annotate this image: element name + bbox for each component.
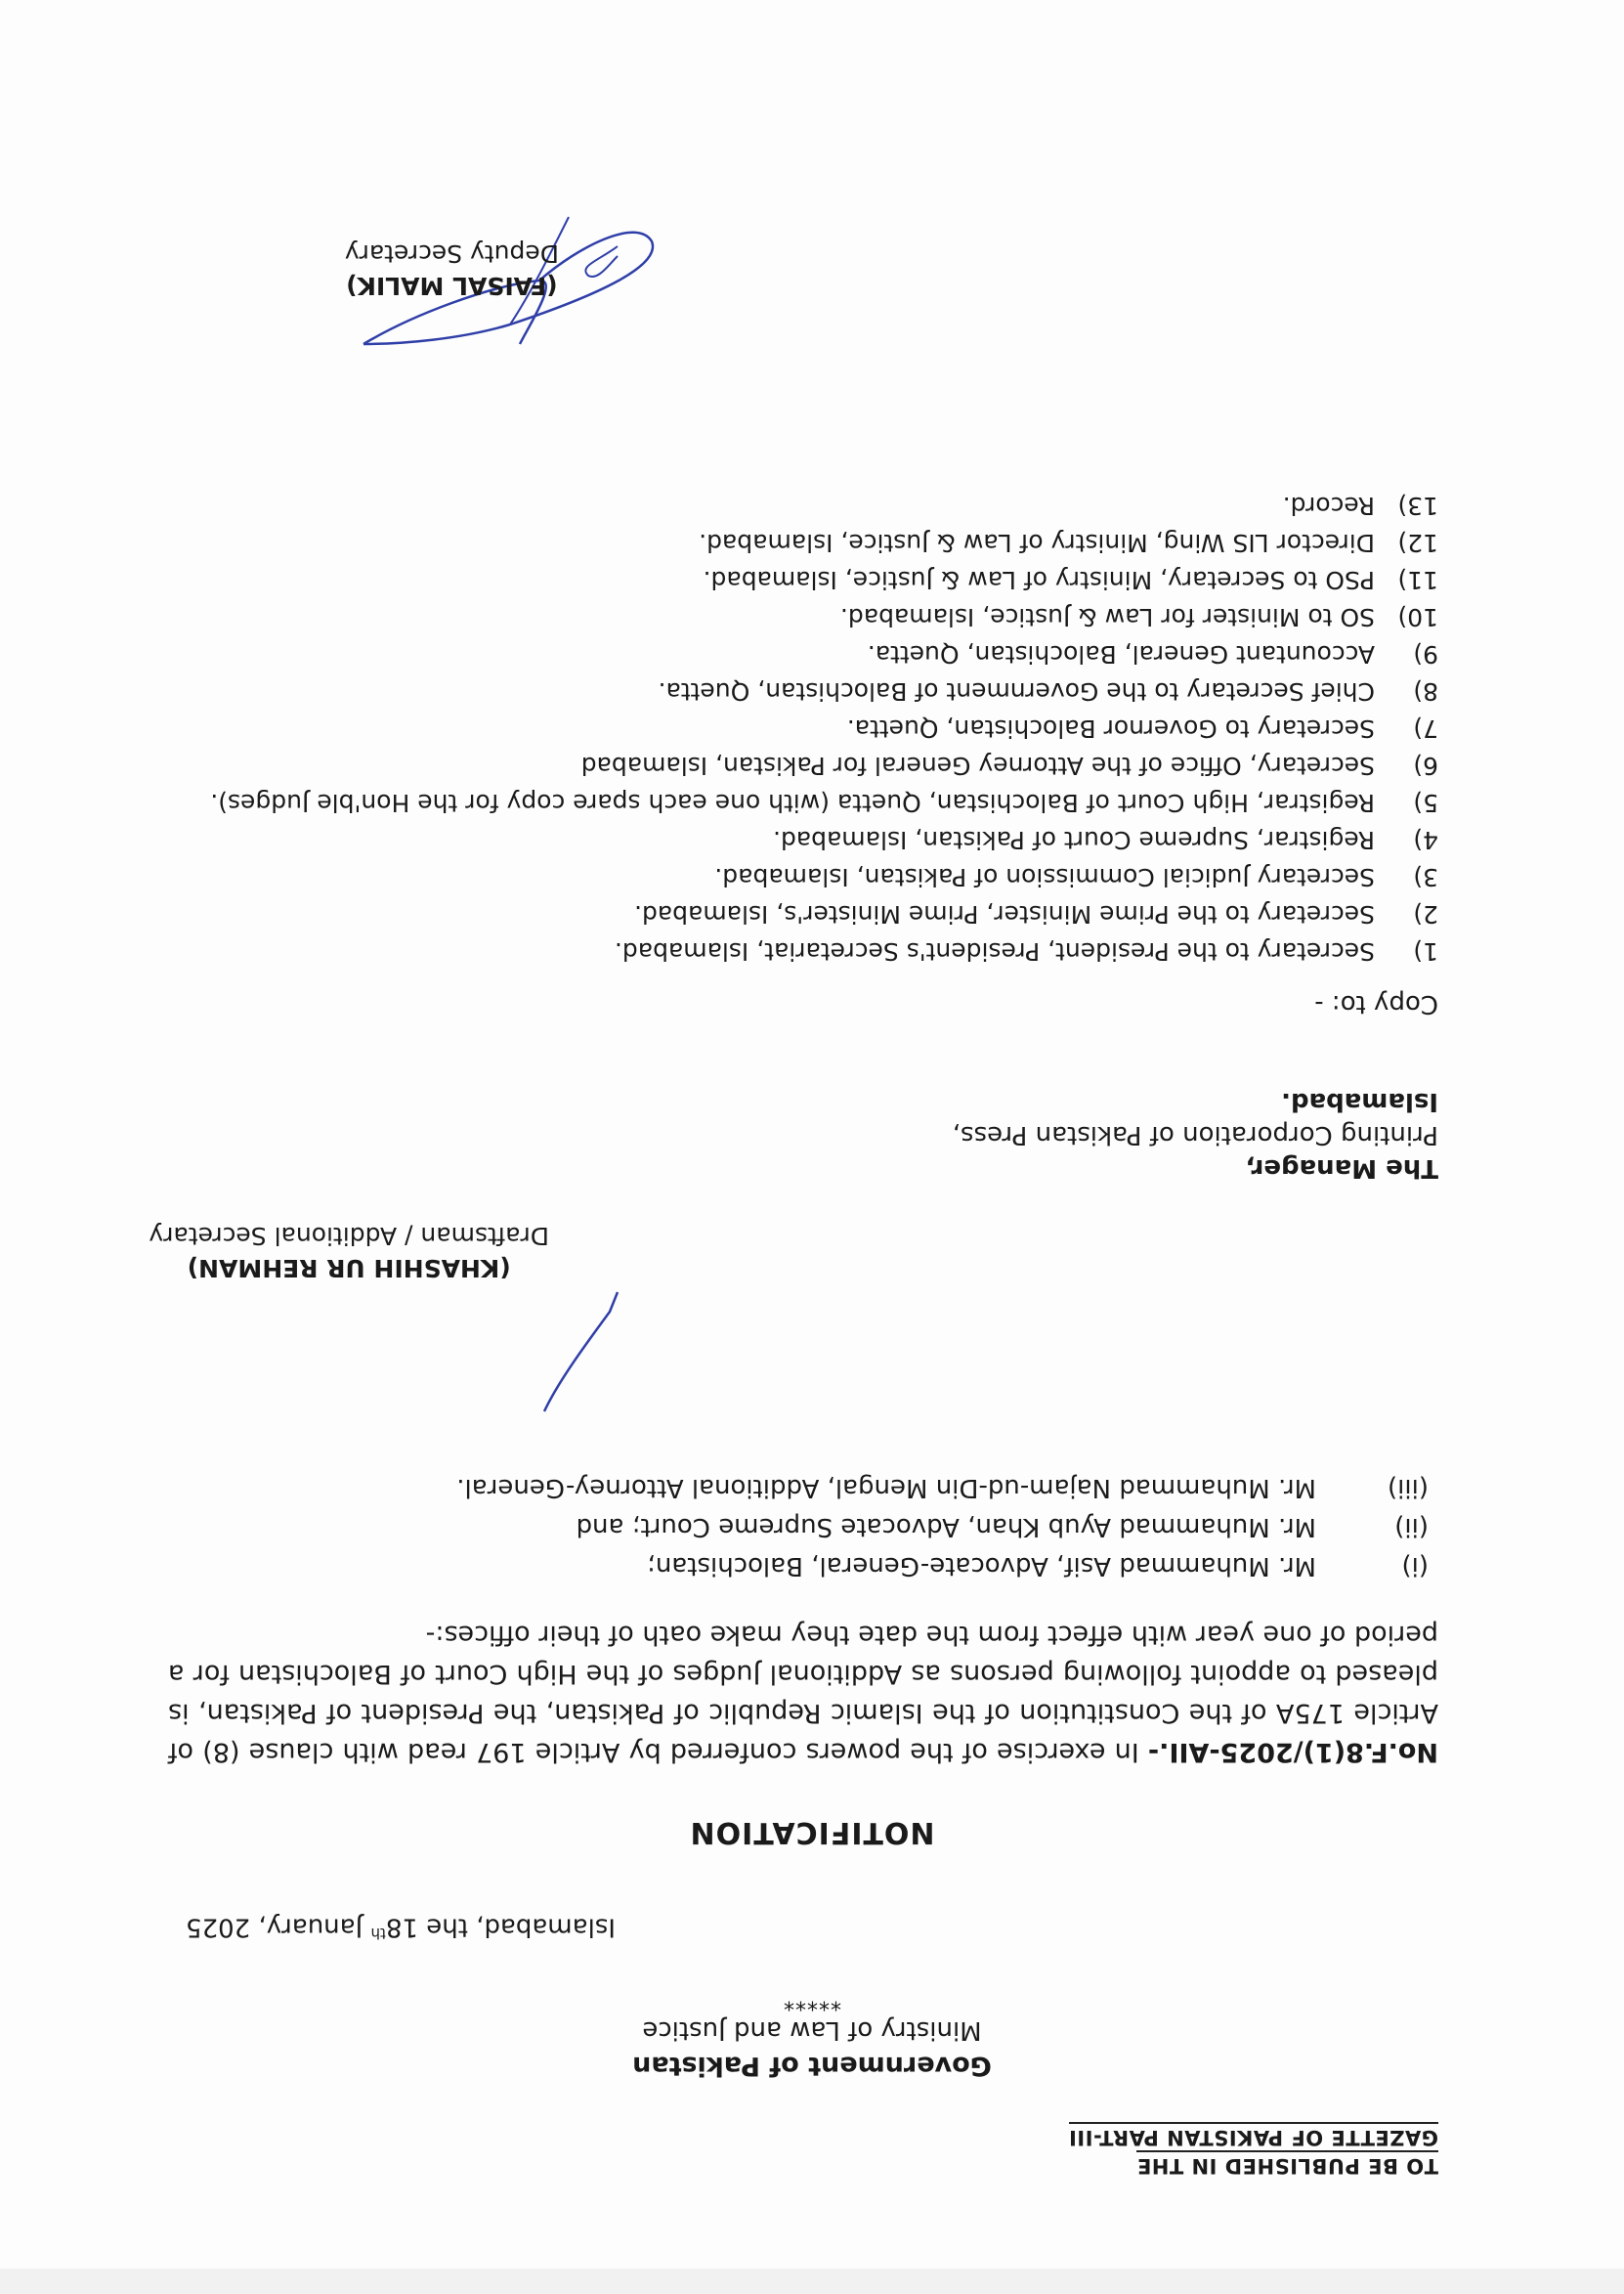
list-item-number: 3) (1375, 858, 1438, 895)
list-item-number: 2) (1375, 895, 1438, 932)
list-item: 9)Accountant General, Balochistan, Quett… (139, 635, 1438, 672)
list-item: 1)Secretary to the President, President'… (139, 932, 1438, 970)
list-item-number: 7) (1375, 710, 1438, 747)
date-superscript: th (371, 1925, 386, 1942)
list-item-text: Director LIS Wing, Ministry of Law & Jus… (139, 524, 1375, 561)
list-item: 13)Record. (139, 487, 1438, 524)
date-line: Islamabad, the 18th January, 2025 (186, 1912, 616, 1942)
list-item: 10)SO to Minister for Law & Justice, Isl… (139, 598, 1438, 635)
copy-to-label: Copy to: - (1314, 989, 1438, 1018)
list-item-text: Secretary Judicial Commission of Pakista… (139, 858, 1375, 895)
list-item: 12)Director LIS Wing, Ministry of Law & … (139, 524, 1438, 561)
list-item-number: 9) (1375, 635, 1438, 672)
signatory-2-name: (FAISAL MALIK) (345, 272, 559, 300)
list-item: (i)Mr. Muhammad Asif, Advocate-General, … (168, 1546, 1438, 1585)
list-item-text: Secretary, Office of the Attorney Genera… (139, 747, 1375, 784)
list-item-text: Secretary to the Prime Minister, Prime M… (139, 895, 1375, 932)
list-item-number: 8) (1375, 672, 1438, 710)
date-suffix: January, 2025 (186, 1912, 371, 1941)
appointee-list: (i)Mr. Muhammad Asif, Advocate-General, … (168, 1468, 1438, 1585)
list-item: 7)Secretary to Governor Balochistan, Que… (139, 710, 1438, 747)
list-item-number: 1) (1375, 932, 1438, 970)
list-item-text: Mr. Muhammad Ayub Khan, Advocate Supreme… (168, 1507, 1316, 1546)
list-item-text: Accountant General, Balochistan, Quetta. (139, 635, 1375, 672)
list-item-text: Registrar, Supreme Court of Pakistan, Is… (139, 821, 1375, 858)
addressee-line-3: Islamabad. (953, 1085, 1438, 1118)
list-item: 6)Secretary, Office of the Attorney Gene… (139, 747, 1438, 784)
list-item-text: PSO to Secretary, Ministry of Law & Just… (139, 561, 1375, 598)
list-item-text: Mr. Muhammad Najam-ud-Din Mengal, Additi… (168, 1468, 1316, 1507)
list-item-number: (ii) (1316, 1507, 1438, 1546)
list-item-number: 10) (1375, 598, 1438, 635)
signatory-1-designation: Draftsman / Additional Secretary (149, 1222, 549, 1250)
signatory-1-name: (KHASHIH UR REHMAN) (149, 1254, 549, 1282)
gazette-header: TO BE PUBLISHED IN THE GAZETTE OF PAKIST… (1069, 2122, 1438, 2179)
list-item-number: 11) (1375, 561, 1438, 598)
notification-body: No.F.8(1)/2025-AII.- In exercise of the … (168, 1615, 1438, 1771)
addressee-line-1: The Manager, (953, 1151, 1438, 1185)
list-item-text: Chief Secretary to the Government of Bal… (139, 672, 1375, 710)
list-item: 11)PSO to Secretary, Ministry of Law & J… (139, 561, 1438, 598)
list-item: 8)Chief Secretary to the Government of B… (139, 672, 1438, 710)
list-item-text: Mr. Muhammad Asif, Advocate-General, Bal… (168, 1546, 1316, 1585)
list-item-number: 5) (1375, 784, 1438, 821)
gazette-line-1: TO BE PUBLISHED IN THE (1136, 2150, 1438, 2179)
separator-stars: ***** (0, 1989, 1624, 2013)
list-item: (iii)Mr. Muhammad Najam-ud-Din Mengal, A… (168, 1468, 1438, 1507)
signatory-1: (KHASHIH UR REHMAN) Draftsman / Addition… (149, 1222, 549, 1282)
list-item-number: 4) (1375, 821, 1438, 858)
date-prefix: Islamabad, the 18 (386, 1912, 616, 1941)
list-item-number: 6) (1375, 747, 1438, 784)
addressee-block: The Manager, Printing Corporation of Pak… (953, 1085, 1438, 1185)
list-item-text: Secretary to Governor Balochistan, Quett… (139, 710, 1375, 747)
notification-reference: No.F.8(1)/2025-AII.- (1148, 1737, 1438, 1767)
list-item-number: (iii) (1316, 1468, 1438, 1507)
list-item: 2)Secretary to the Prime Minister, Prime… (139, 895, 1438, 932)
list-item: (ii)Mr. Muhammad Ayub Khan, Advocate Sup… (168, 1507, 1438, 1546)
list-item-number: (i) (1316, 1546, 1438, 1585)
signatory-2: (FAISAL MALIK) Deputy Secretary (345, 239, 559, 300)
list-item-text: SO to Minister for Law & Justice, Islama… (139, 598, 1375, 635)
document-page: TO BE PUBLISHED IN THE GAZETTE OF PAKIST… (0, 0, 1624, 2294)
list-item-number: 12) (1375, 524, 1438, 561)
addressee-line-2: Printing Corporation of Pakistan Press, (953, 1118, 1438, 1151)
list-item-text: Secretary to the President, President's … (139, 932, 1375, 970)
list-item-text: Record. (139, 487, 1375, 524)
notification-title: NOTIFICATION (0, 1815, 1624, 1849)
signature-1-icon (520, 1282, 637, 1419)
copy-to-list: 1)Secretary to the President, President'… (139, 487, 1438, 970)
list-item: 3)Secretary Judicial Commission of Pakis… (139, 858, 1438, 895)
ministry-name: Ministry of Law and Justice (0, 2015, 1624, 2045)
signatory-2-designation: Deputy Secretary (345, 239, 559, 268)
ministry-heading: Government of Pakistan Ministry of Law a… (0, 1989, 1624, 2081)
government-title: Government of Pakistan (0, 2051, 1624, 2081)
scan-edge-shadow (0, 2269, 1624, 2294)
list-item-number: 13) (1375, 487, 1438, 524)
list-item: 5)Registrar, High Court of Balochistan, … (139, 784, 1438, 821)
list-item: 4)Registrar, Supreme Court of Pakistan, … (139, 821, 1438, 858)
gazette-line-2: GAZETTE OF PAKISTAN PART-III (1069, 2122, 1438, 2150)
list-item-text: Registrar, High Court of Balochistan, Qu… (139, 784, 1375, 821)
